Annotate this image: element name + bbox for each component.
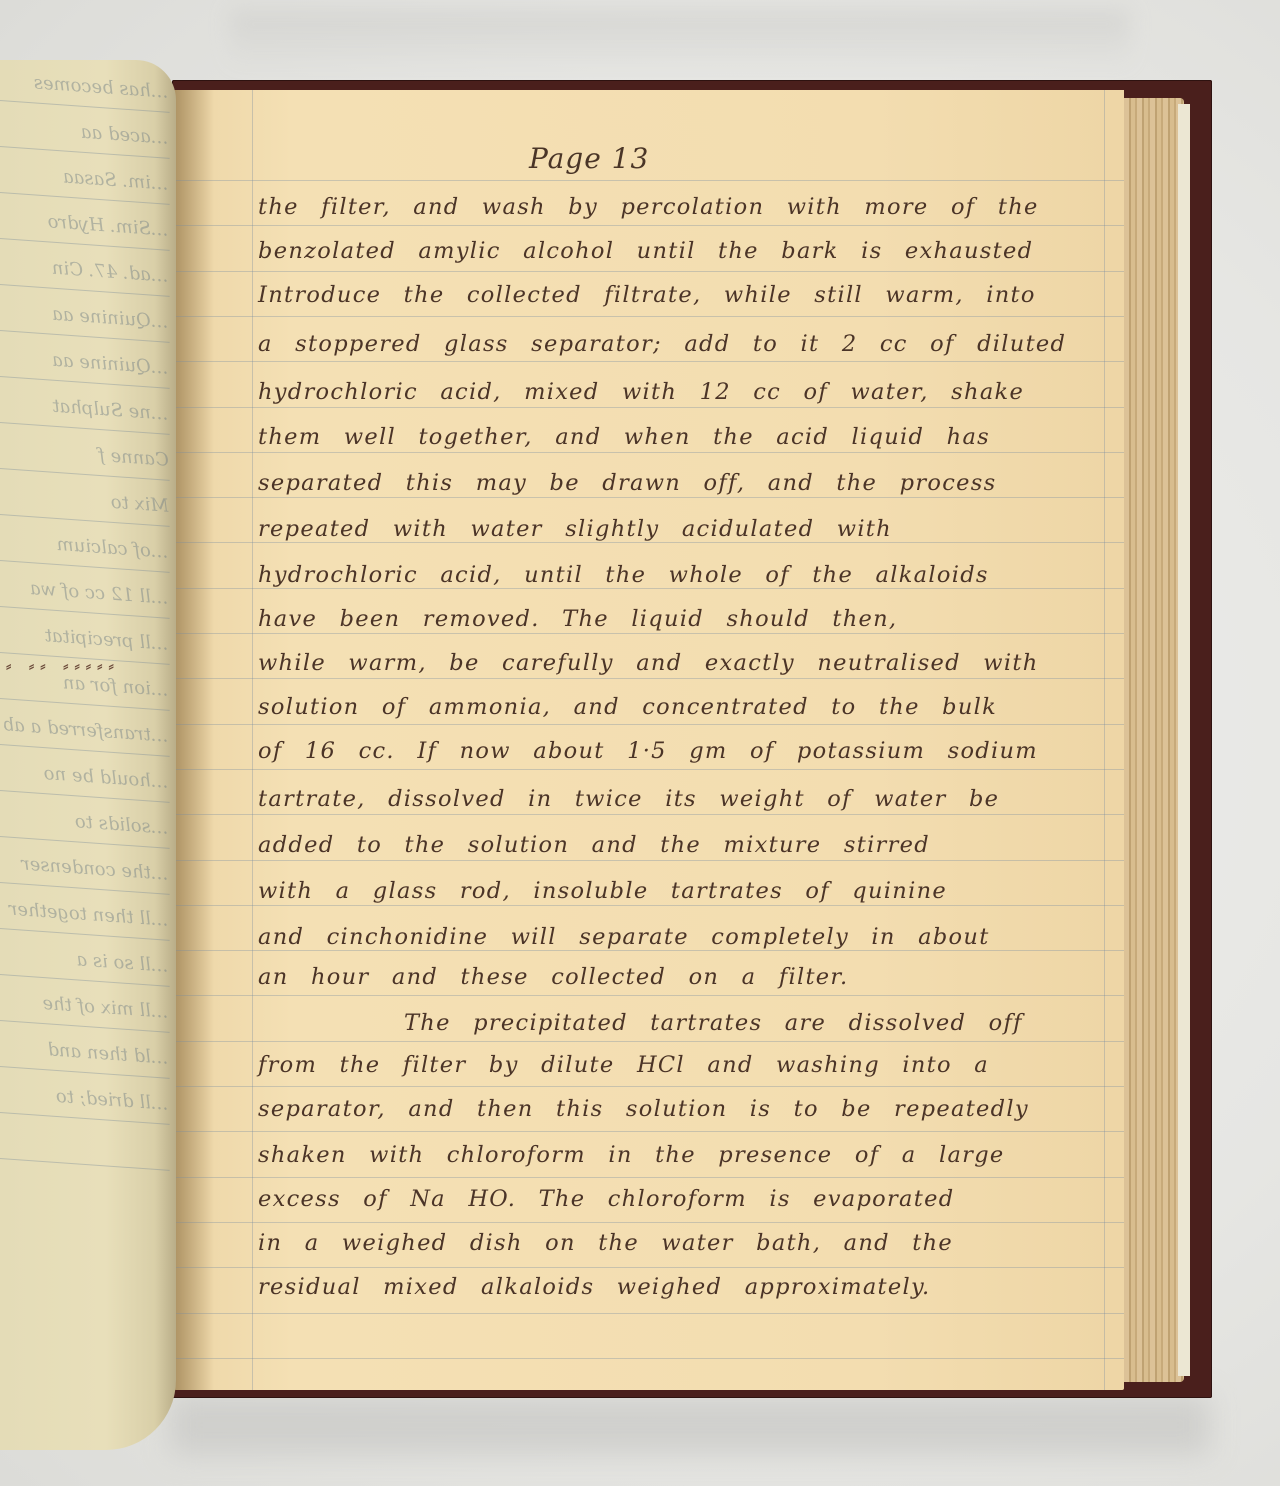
ruled-line: [174, 769, 1124, 770]
ruled-line: [174, 180, 1124, 181]
bleed-through-text: …ne Sulphat: [3, 392, 169, 424]
book-shadow-top: [230, 10, 1130, 70]
text-line-indented: The precipitated tartrates are dissolved…: [404, 1008, 1264, 1038]
left-ruled-line: [0, 744, 170, 757]
left-ruled-line: [0, 1158, 170, 1171]
left-ruled-line: [0, 330, 170, 343]
left-ruled-line: [0, 1066, 170, 1079]
text-line: them well together, and when the acid li…: [258, 422, 1118, 452]
ruled-line: [174, 1131, 1124, 1132]
text-line: have been removed. The liquid should the…: [258, 604, 1118, 634]
text-line: repeated with water slightly acidulated …: [258, 514, 1118, 544]
text-line: residual mixed alkaloids weighed approxi…: [258, 1272, 1118, 1302]
book-shadow-bottom: [170, 1395, 1210, 1455]
ruled-line: [174, 316, 1124, 317]
left-ruled-line: [0, 790, 170, 803]
ruled-line: [174, 361, 1124, 362]
left-ruled-line: [0, 1020, 170, 1033]
text-line: solution of ammonia, and concentrated to…: [258, 692, 1118, 722]
bleed-through-text: …Quinine aa: [3, 300, 169, 332]
bleed-through-text: Canne f: [3, 438, 169, 470]
text-line: hydrochloric acid, until the whole of th…: [258, 560, 1118, 590]
text-line: shaken with chloroform in the presence o…: [258, 1140, 1118, 1170]
bleed-through-text: …im. Sasaa: [3, 162, 169, 194]
bleed-through-text: …ll mix of the: [3, 990, 169, 1022]
left-ruled-line: [0, 238, 170, 251]
text-line: while warm, be carefully and exactly neu…: [258, 648, 1118, 678]
bleed-through-text: …aced aa: [3, 116, 169, 148]
text-line: separated this may be drawn off, and the…: [258, 468, 1118, 498]
gutter-shadow: [174, 90, 214, 1390]
left-ruled-line: [0, 882, 170, 895]
left-ruled-line: [0, 376, 170, 389]
ruled-line: [174, 1222, 1124, 1223]
left-ruled-line: [0, 928, 170, 941]
notebook-page-right: Page 13 the filter, and wash by percolat…: [174, 90, 1124, 1390]
bleed-through-text: Mix to: [3, 484, 169, 516]
left-ruled-line: [0, 514, 170, 527]
bleed-through-text: …solids to: [3, 806, 169, 838]
bleed-through-text: …Sim. Hydro: [3, 208, 169, 240]
bleed-through-text: …ll then together: [3, 898, 169, 930]
text-line: tartrate, dissolved in twice its weight …: [258, 784, 1118, 814]
text-line: separator, and then this solution is to …: [258, 1094, 1118, 1124]
ruled-line: [174, 1177, 1124, 1178]
tally-marks: ⸗ ⸗⸗ ⸗⸗⸗⸗⸗: [6, 656, 120, 676]
ruled-line: [174, 1086, 1124, 1087]
bleed-through-text: …has becomes: [3, 70, 169, 102]
ruled-line: [174, 271, 1124, 272]
bleed-through-text: …of calcium: [3, 530, 169, 562]
bleed-through-text: …ll 12 cc of wa: [3, 576, 169, 608]
bleed-through-text: …the condenser: [3, 852, 169, 884]
ruled-line: [174, 678, 1124, 679]
left-ruled-line: [0, 560, 170, 573]
ruled-line: [174, 1313, 1124, 1314]
left-ruled-line: [0, 468, 170, 481]
text-line: added to the solution and the mixture st…: [258, 830, 1118, 860]
bleed-through-text: …transferred a ab: [3, 714, 169, 746]
bleed-through-text: …ld then and: [3, 1036, 169, 1068]
left-margin-rule: [252, 90, 253, 1390]
left-ruled-line: [0, 146, 170, 159]
text-line: from the filter by dilute HCl and washin…: [258, 1050, 1118, 1080]
text-line: in a weighed dish on the water bath, and…: [258, 1228, 1118, 1258]
left-ruled-line: [0, 284, 170, 297]
ruled-line: [174, 724, 1124, 725]
endpaper: [1178, 104, 1190, 1376]
text-line: with a glass rod, insoluble tartrates of…: [258, 876, 1118, 906]
bleed-through-text: …ll so is a: [3, 944, 169, 976]
ruled-line: [174, 1267, 1124, 1268]
ruled-line: [174, 1041, 1124, 1042]
text-line: hydrochloric acid, mixed with 12 cc of w…: [258, 377, 1118, 407]
bleed-through-text: …ll dried; to: [3, 1082, 169, 1114]
left-ruled-line: [0, 192, 170, 205]
ruled-line: [174, 995, 1124, 996]
left-ruled-line: [0, 606, 170, 619]
bleed-through-text: …ad. 47. Cin: [3, 254, 169, 286]
bleed-through-text: …hould be no: [3, 760, 169, 792]
text-line: excess of Na HO. The chloroform is evapo…: [258, 1184, 1118, 1214]
text-line: benzolated amylic alcohol until the bark…: [258, 236, 1118, 266]
notebook-page-left: …has becomes…aced aa…im. Sasaa…Sim. Hydr…: [0, 60, 176, 1450]
left-ruled-line: [0, 974, 170, 987]
page-block-edges: [1118, 98, 1184, 1382]
left-ruled-line: [0, 422, 170, 435]
text-line: an hour and these collected on a filter.: [258, 962, 1118, 992]
text-line: of 16 cc. If now about 1·5 gm of potassi…: [258, 736, 1118, 766]
left-ruled-line: [0, 836, 170, 849]
ruled-line: [174, 814, 1124, 815]
bleed-through-text: …Quinine aa: [3, 346, 169, 378]
text-line: and cinchonidine will separate completel…: [258, 922, 1118, 952]
page-header: Page 13: [529, 142, 649, 175]
ruled-line: [174, 225, 1124, 226]
text-line: the filter, and wash by percolation with…: [258, 192, 1118, 222]
left-ruled-line: [0, 1112, 170, 1125]
bleed-through-text: …ll precipitat: [3, 622, 169, 654]
text-line: a stoppered glass separator; add to it 2…: [258, 329, 1118, 359]
left-ruled-line: [0, 100, 170, 113]
text-line: Introduce the collected filtrate, while …: [258, 280, 1118, 310]
left-ruled-line: [0, 698, 170, 711]
ruled-line: [174, 1358, 1124, 1359]
